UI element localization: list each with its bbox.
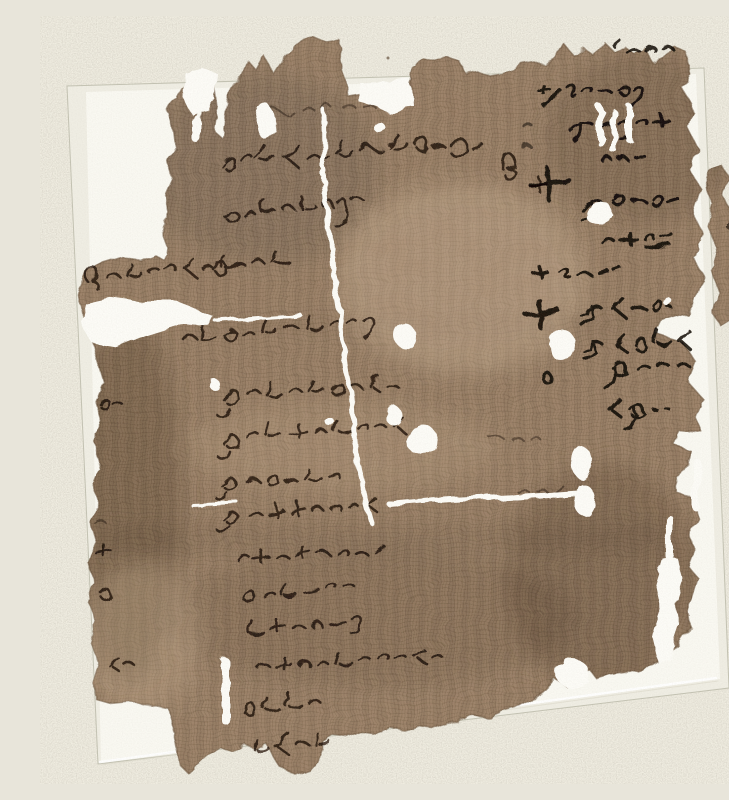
photo-grain (40, 16, 729, 784)
papyrus-photo (40, 16, 729, 784)
papyrus-photo-canvas (40, 16, 729, 784)
